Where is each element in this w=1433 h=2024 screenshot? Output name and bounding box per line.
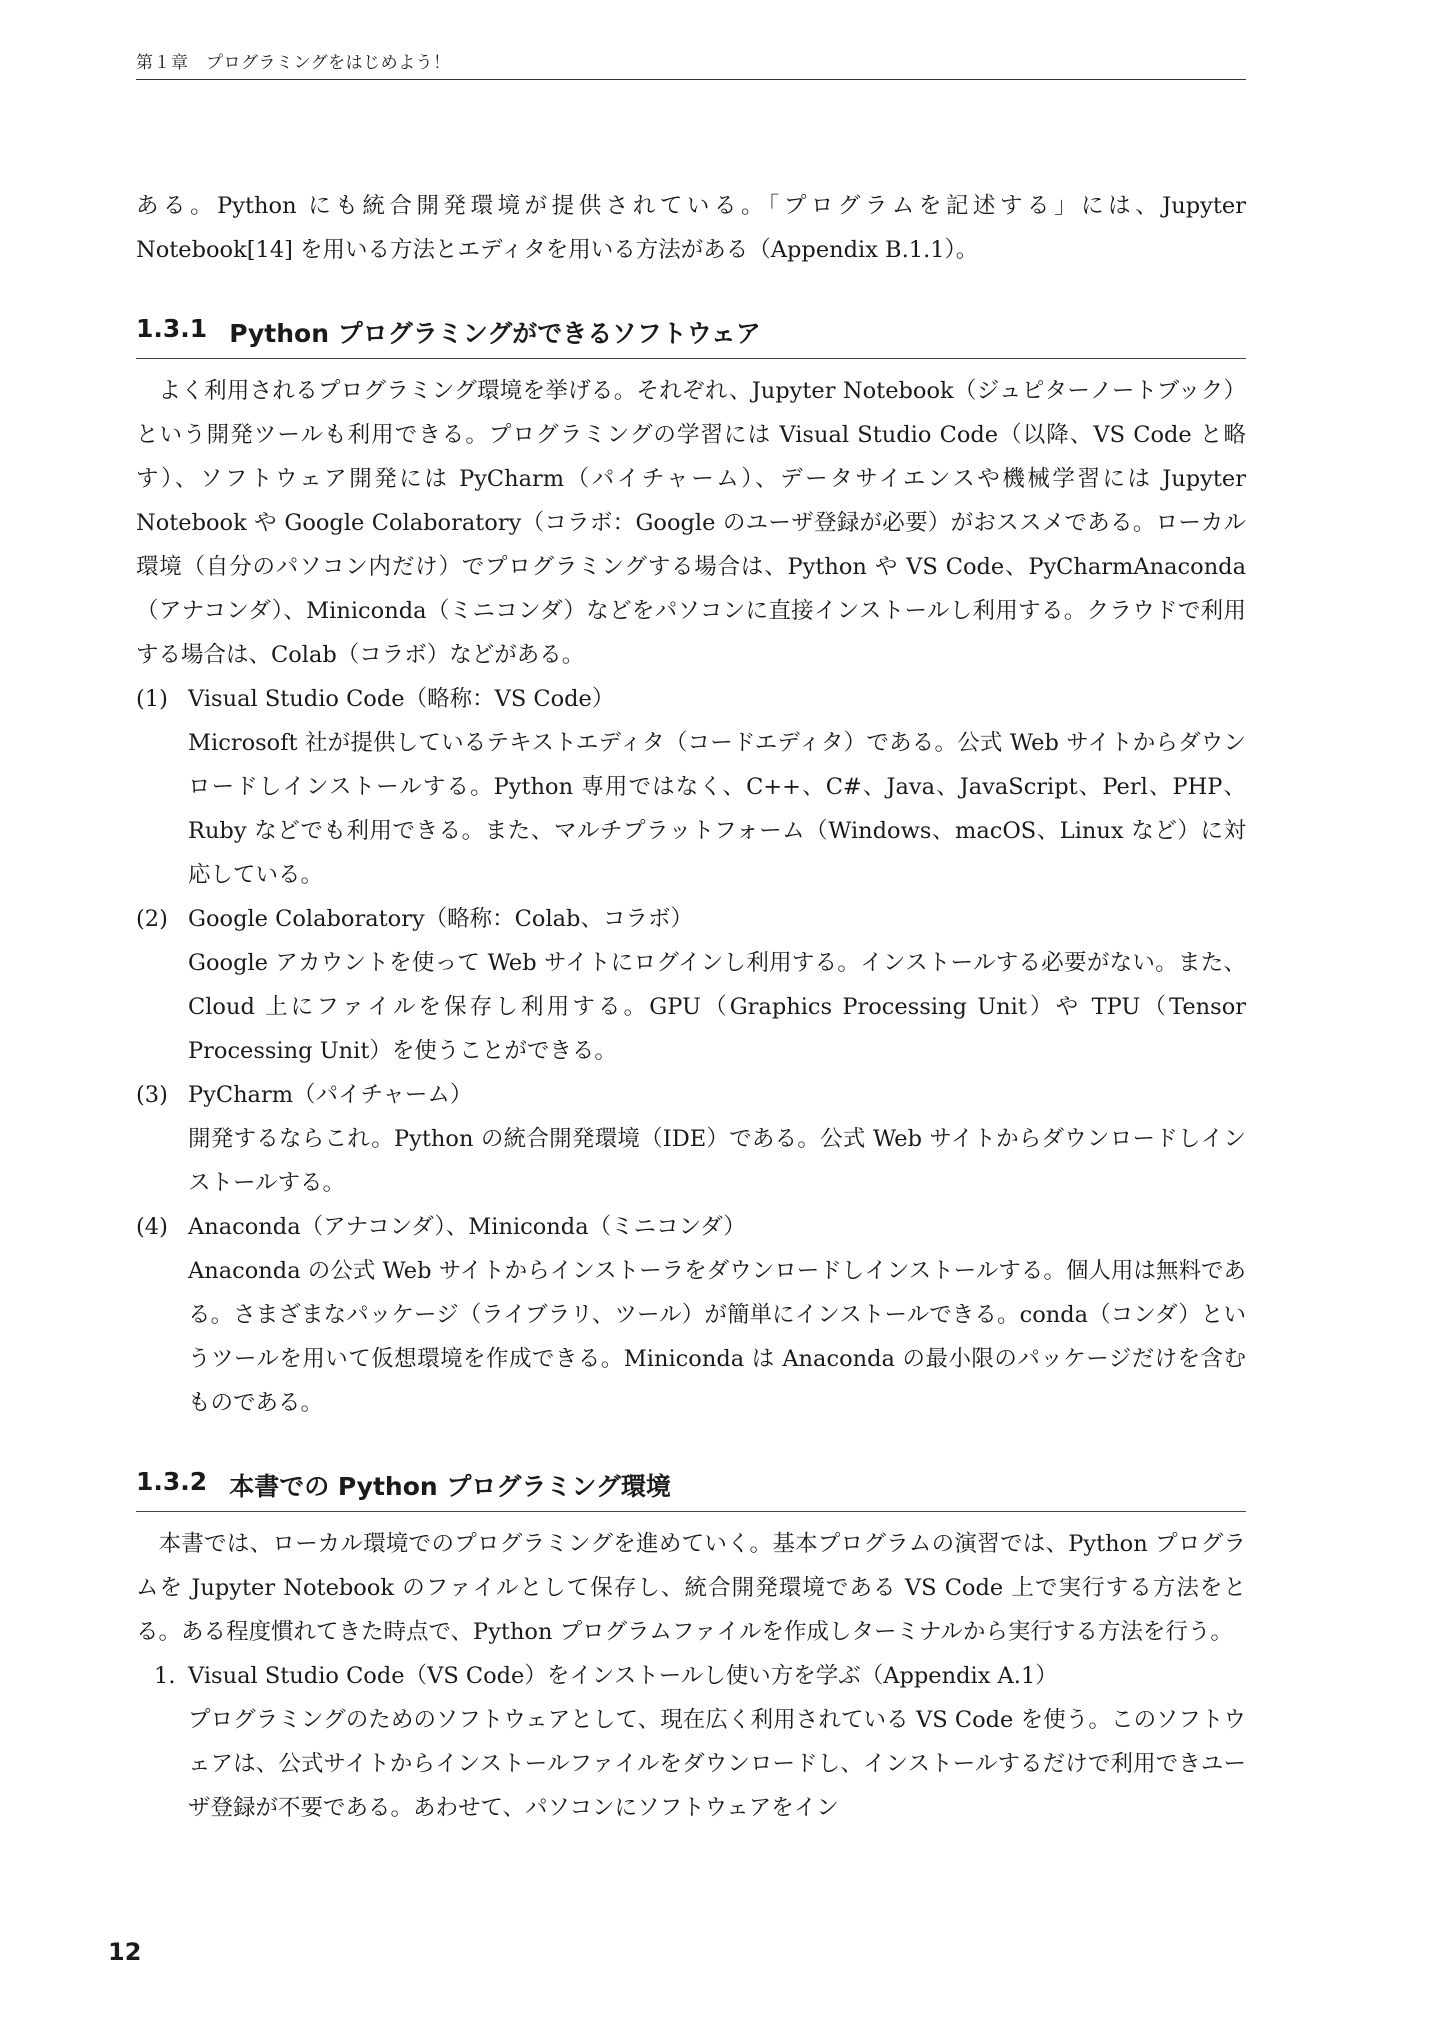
section-title: 本書での Python プログラミング環境 (229, 1467, 671, 1503)
list-item-title: PyCharm（パイチャーム） (188, 1073, 1246, 1117)
list-item-body: Google アカウントを使って Web サイトにログインし利用する。インストー… (188, 941, 1246, 1073)
list-item-title: Visual Studio Code（VS Code）をインストールし使い方を学… (188, 1654, 1246, 1698)
section-heading-1-3-2: 1.3.2 本書での Python プログラミング環境 (136, 1467, 1246, 1512)
list-marker: (1) (136, 677, 188, 897)
list-item-body: Anaconda の公式 Web サイトからインストーラをダウンロードしインスト… (188, 1249, 1246, 1425)
list-item-title: Anaconda（アナコンダ）、Miniconda（ミニコンダ） (188, 1205, 1246, 1249)
section-heading-1-3-1: 1.3.1 Python プログラミングができるソフトウェア (136, 314, 1246, 359)
numbered-list-item: 1. Visual Studio Code（VS Code）をインストールし使い… (136, 1654, 1246, 1830)
page-number: 12 (108, 1938, 141, 1966)
page-body: ある。Python にも統合開発環境が提供されている。「プログラムを記述する」に… (136, 184, 1246, 1830)
section-paragraph: よく利用されるプログラミング環境を挙げる。それぞれ、Jupyter Notebo… (136, 369, 1246, 677)
list-item-title: Visual Studio Code（略称：VS Code） (188, 677, 1246, 721)
list-marker: (3) (136, 1073, 188, 1205)
running-head: 第１章 プログラミングをはじめよう！ (136, 48, 1246, 80)
section-paragraph: 本書では、ローカル環境でのプログラミングを進めていく。基本プログラムの演習では、… (136, 1522, 1246, 1654)
list-item: (1) Visual Studio Code（略称：VS Code） Micro… (136, 677, 1246, 897)
list-item-body: 開発するならこれ。Python の統合開発環境（IDE）である。公式 Web サ… (188, 1117, 1246, 1205)
list-marker: (2) (136, 897, 188, 1073)
list-item: (2) Google Colaboratory（略称：Colab、コラボ） Go… (136, 897, 1246, 1073)
list-item: (3) PyCharm（パイチャーム） 開発するならこれ。Python の統合開… (136, 1073, 1246, 1205)
list-marker: 1. (154, 1654, 188, 1830)
list-item: (4) Anaconda（アナコンダ）、Miniconda（ミニコンダ） Ana… (136, 1205, 1246, 1425)
intro-paragraph: ある。Python にも統合開発環境が提供されている。「プログラムを記述する」に… (136, 184, 1246, 272)
list-item-title: Google Colaboratory（略称：Colab、コラボ） (188, 897, 1246, 941)
list-item-body: Microsoft 社が提供しているテキストエディタ（コードエディタ）である。公… (188, 721, 1246, 897)
section-number: 1.3.1 (136, 314, 207, 350)
list-item-body: プログラミングのためのソフトウェアとして、現在広く利用されている VS Code… (188, 1698, 1246, 1830)
section-number: 1.3.2 (136, 1467, 207, 1503)
section-title: Python プログラミングができるソフトウェア (229, 314, 761, 350)
list-marker: (4) (136, 1205, 188, 1425)
